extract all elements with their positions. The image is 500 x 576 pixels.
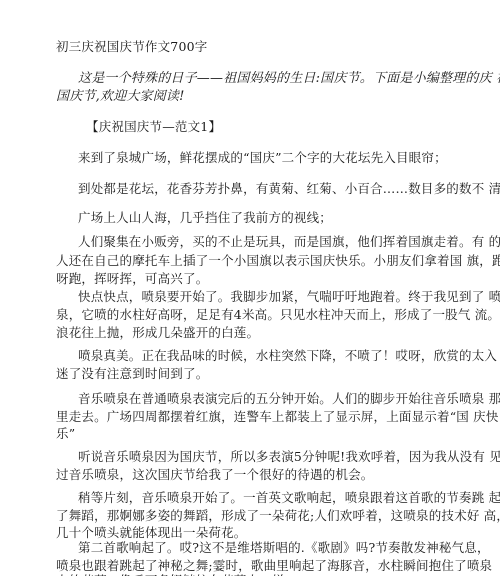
paragraph-9-line-2: 了舞蹈，那婀娜多姿的舞蹈，形成了一朵荷花;人们欢呼着，这喷泉的技术好 高， [56, 508, 500, 524]
paragraph-10-line-1: 第二首歌响起了。哎?这不是维塔斯唱的.《歌剧》吗?节奏散发神秘气息， [78, 540, 490, 556]
paragraph-4-line-3: 呀跑，挥呀挥，可高兴了。 [56, 271, 208, 287]
paragraph-10-line-2: 喷泉也跟着跳起了神秘之舞;霎时，歌曲里响起了海豚音，水柱瞬间抱住了喷泉 [56, 558, 492, 574]
paragraph-3: 广场上人山人海，几乎挡住了我前方的视线； [78, 210, 332, 226]
paragraph-6-line-2: 迷了没有注意到时间到了。 [56, 366, 208, 382]
paragraph-9-line-3: 几十个喷头就能体现出一朵荷花。 [56, 525, 247, 541]
paragraph-8-line-1: 听说音乐喷泉因为国庆节，所以多表演5分钟呢!我欢呼着，因为我从没有 见 [78, 449, 500, 465]
intro-line-1: 这是一个特殊的日子——祖国妈妈的生日:国庆节。下面是小编整理的庆 祝 [78, 71, 500, 87]
paragraph-4-line-2: 人还在自己的摩托车上插了一个小国旗以表示国庆快乐。小朋友们拿着国 旗，跑 [56, 253, 500, 269]
paragraph-5-line-2: 泉，它喷的水柱好高呀，足足有4米高。只见水柱冲天而上，形成了一股气 流。 [56, 307, 500, 323]
paragraph-8-line-2: 过音乐喷泉，这次国庆节给我了一个很好的待遇的机会。 [56, 467, 374, 483]
document-page: 初三庆祝国庆节作文700字 这是一个特殊的日子——祖国妈妈的生日:国庆节。下面是… [0, 0, 500, 576]
paragraph-5-line-3: 浪花往上抛，形成几朵盛开的白莲。 [56, 325, 259, 341]
paragraph-5-line-1: 快点快点，喷泉要开始了。我脚步加紧，气喘吁吁地跑着。终于我见到了 喷 [78, 289, 500, 305]
document-title: 初三庆祝国庆节作文700字 [56, 39, 207, 55]
paragraph-7-line-3: 乐” [56, 426, 75, 442]
paragraph-1: 来到了泉城广场，鲜花摆成的“国庆”二个字的大花坛先入目眼帘； [78, 150, 447, 166]
paragraph-9-line-1: 稍等片刻，音乐喷泉开始了。一首英文歌响起，喷泉跟着这首歌的节奏跳 起 [78, 490, 500, 506]
paragraph-7-line-1: 音乐喷泉在普通喷泉表演完后的五分钟开始。人们的脚步开始往音乐喷泉 那 [78, 391, 500, 407]
paragraph-4-line-1: 人们聚集在小贩旁，买的不止是玩具，而是国旗，他们挥着国旗走着。有 的 [78, 234, 500, 250]
paragraph-2: 到处都是花坛，花香芬芳扑鼻，有黄菊、红菊、小百合……数目多的数不 清。 [78, 181, 500, 197]
paragraph-6-line-1: 喷泉真美。正在我品味的时候，水柱突然下降，不喷了！哎呀，欣赏的太入 [78, 348, 497, 364]
paragraph-7-line-2: 里走去。广场四周都摆着红旗，连警车上都装上了显示屏，上面显示着“国 庆快 [56, 409, 499, 425]
intro-line-2: 国庆节,欢迎大家阅读! [56, 89, 185, 105]
section-heading: 【庆祝国庆节—范文1】 [86, 119, 221, 135]
